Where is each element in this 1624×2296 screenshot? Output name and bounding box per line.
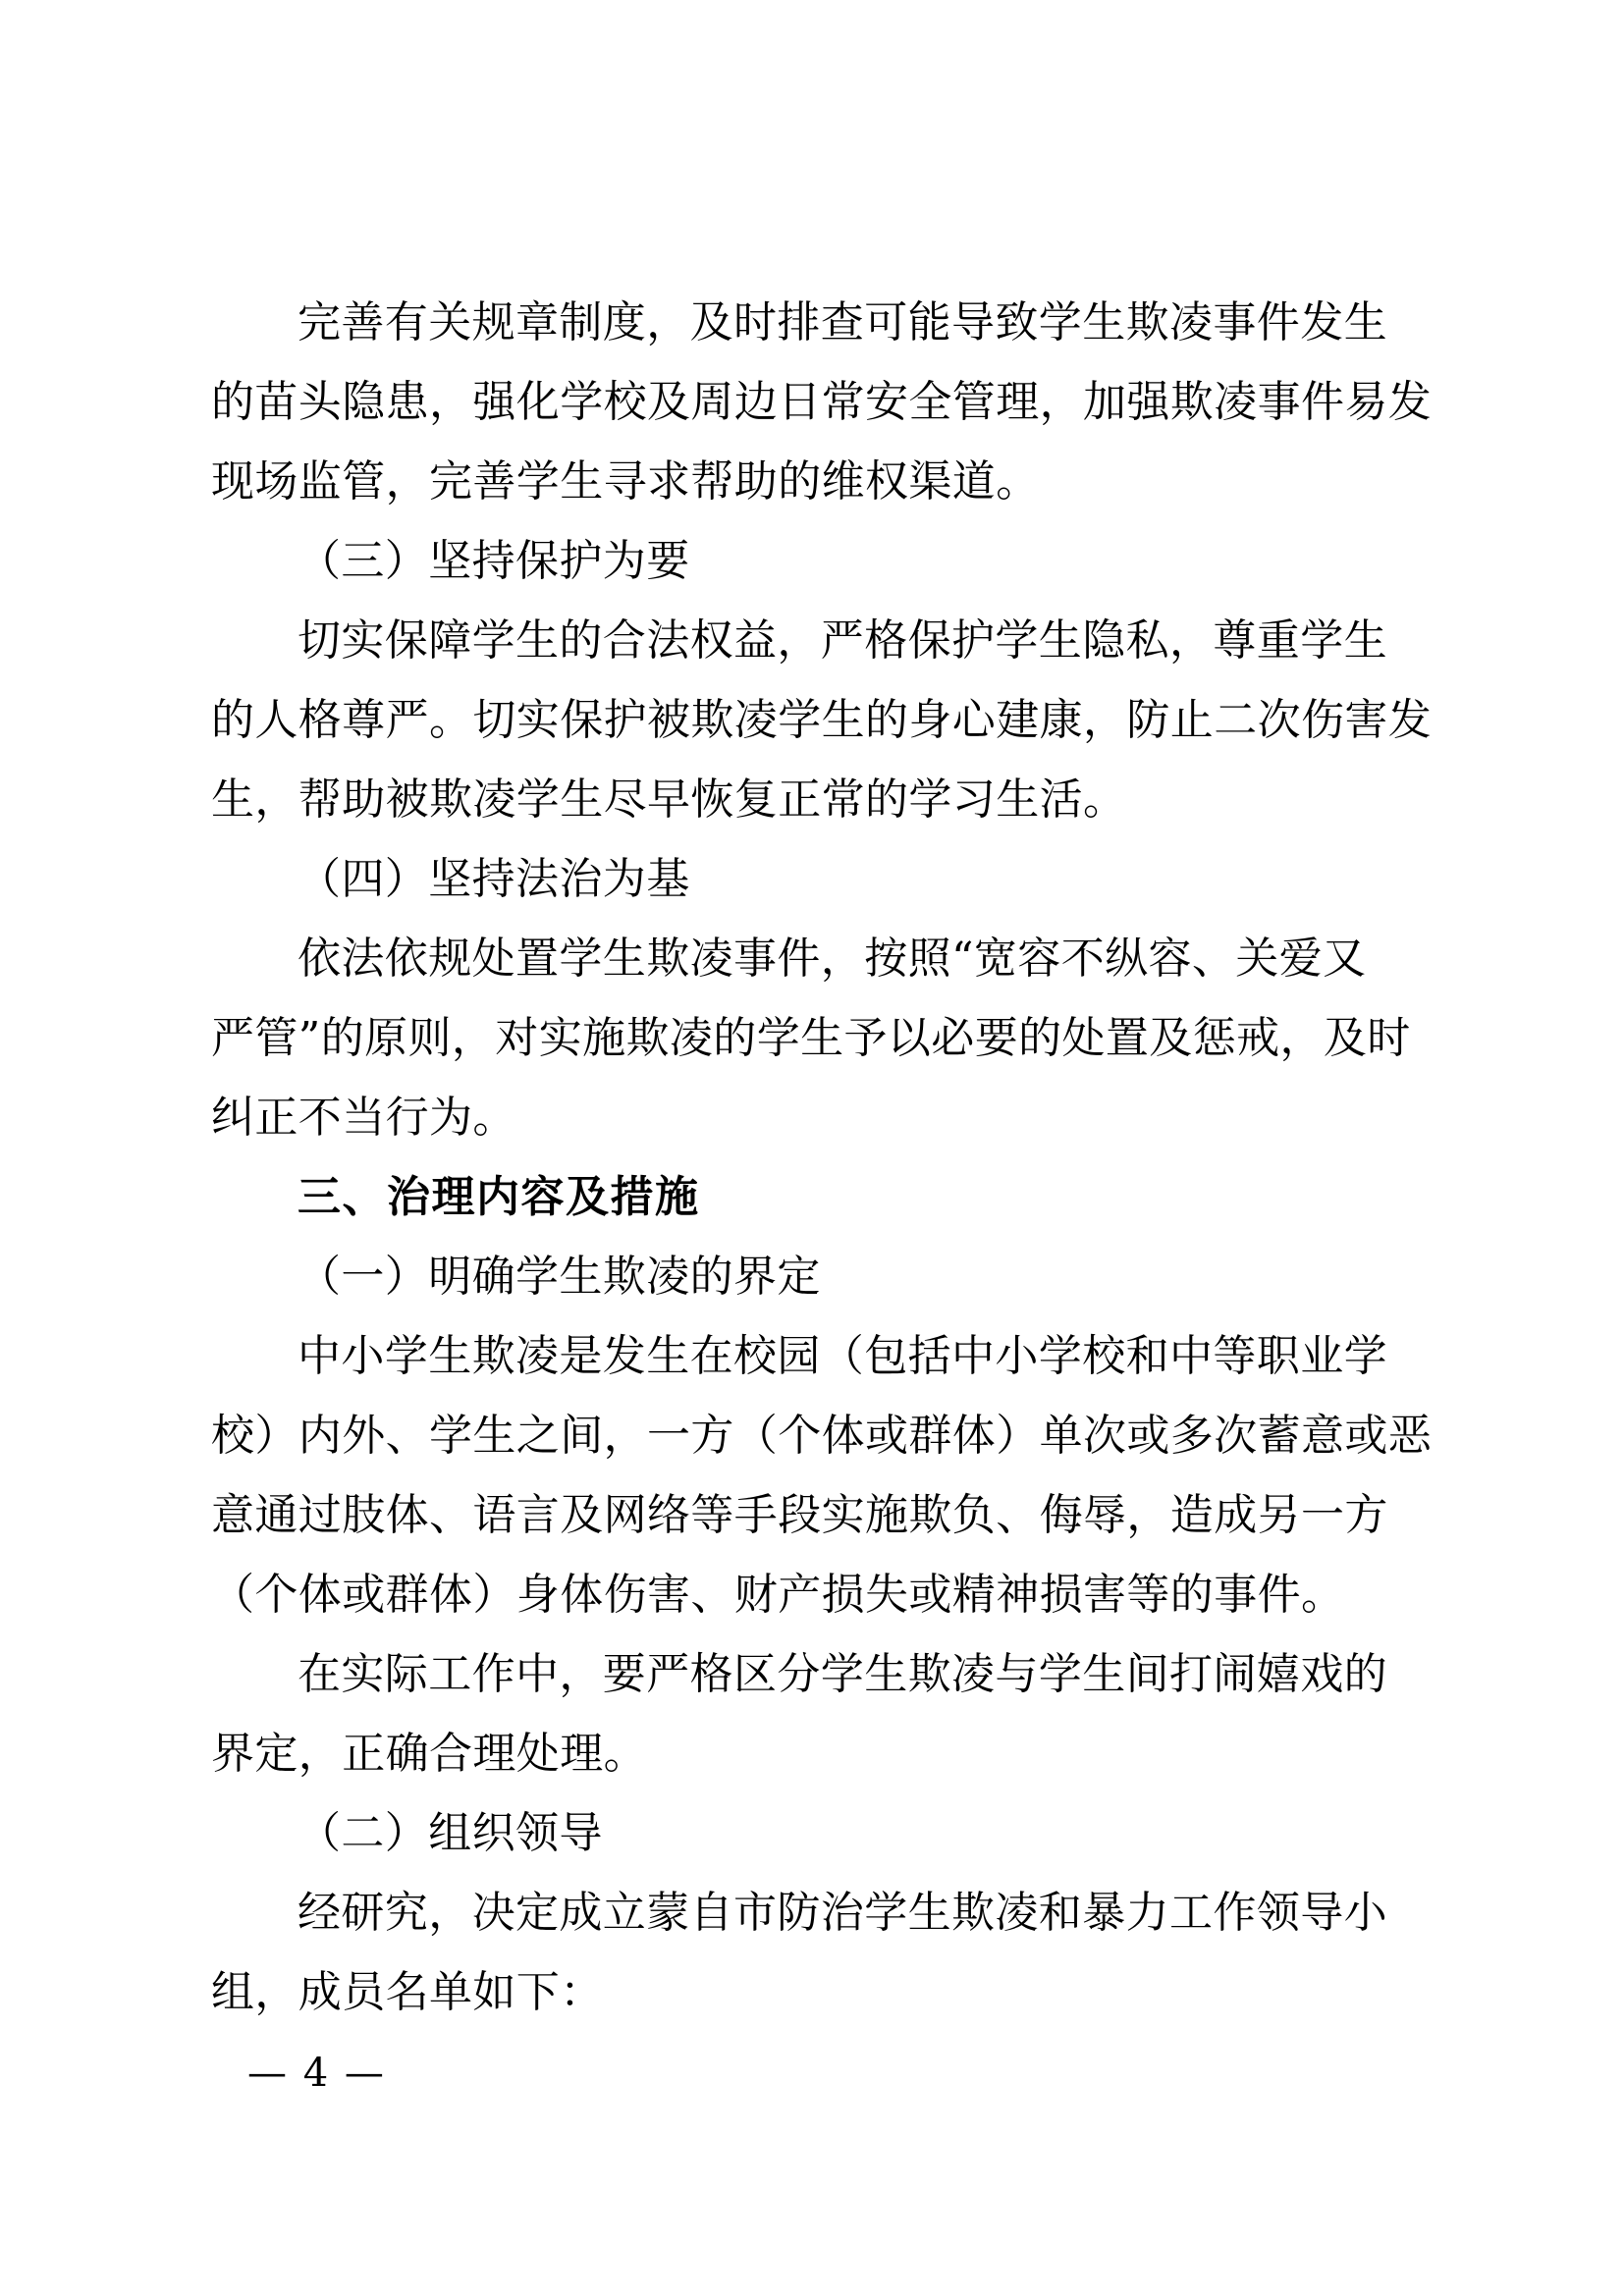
text-line: 在实际工作中，要严格区分学生欺凌与学生间打闹嬉戏的 — [211, 1634, 1433, 1714]
text-line: 现场监管，完善学生寻求帮助的维权渠道。 — [211, 442, 1433, 521]
document-body: 完善有关规章制度，及时排查可能导致学生欺凌事件发生的苗头隐患，强化学校及周边日常… — [211, 283, 1433, 2032]
text-line: 切实保障学生的合法权益，严格保护学生隐私，尊重学生 — [211, 601, 1433, 680]
section-heading: 三、治理内容及措施 — [211, 1157, 1433, 1237]
text-line: 中小学生欺凌是发生在校园（包括中小学校和中等职业学 — [211, 1316, 1433, 1396]
text-line: 严管”的原则，对实施欺凌的学生予以必要的处置及惩戒，及时 — [211, 998, 1433, 1078]
text-line: （四）坚持法治为基 — [211, 839, 1433, 919]
text-line: 界定，正确合理处理。 — [211, 1714, 1433, 1793]
text-line: 生，帮助被欺凌学生尽早恢复正常的学习生活。 — [211, 760, 1433, 839]
text-line: 组，成员名单如下： — [211, 1952, 1433, 2032]
text-line: （一）明确学生欺凌的界定 — [211, 1237, 1433, 1316]
document-page: 完善有关规章制度，及时排查可能导致学生欺凌事件发生的苗头隐患，强化学校及周边日常… — [0, 0, 1624, 2296]
text-line: 的人格尊严。切实保护被欺凌学生的身心建康，防止二次伤害发 — [211, 680, 1433, 760]
text-line: 意通过肢体、语言及网络等手段实施欺负、侮辱，造成另一方 — [211, 1475, 1433, 1555]
text-line: 校）内外、学生之间，一方（个体或群体）单次或多次蓄意或恶 — [211, 1396, 1433, 1475]
text-line: 经研究，决定成立蒙自市防治学生欺凌和暴力工作领导小 — [211, 1873, 1433, 1952]
text-line: （二）组织领导 — [211, 1793, 1433, 1873]
text-line: （三）坚持保护为要 — [211, 521, 1433, 601]
text-line: （个体或群体）身体伤害、财产损失或精神损害等的事件。 — [211, 1555, 1433, 1634]
page-number: — 4 — — [247, 2048, 386, 2099]
text-line: 依法依规处置学生欺凌事件，按照“宽容不纵容、关爱又 — [211, 919, 1433, 998]
text-line: 完善有关规章制度，及时排查可能导致学生欺凌事件发生 — [211, 283, 1433, 362]
text-line: 纠正不当行为。 — [211, 1078, 1433, 1157]
text-line: 的苗头隐患，强化学校及周边日常安全管理，加强欺凌事件易发 — [211, 362, 1433, 442]
